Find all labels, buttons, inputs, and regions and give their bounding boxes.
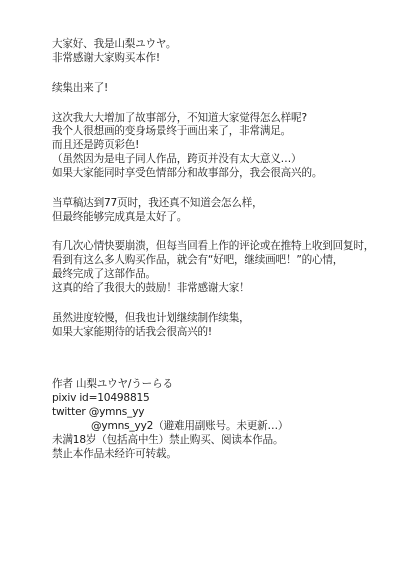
age-notice: 未满18岁（包括高中生）禁止购买、阅读本作品。 — [52, 434, 283, 447]
twitter-alt-handle: @ymns_yy2（避难用副账号。未更新…） — [91, 420, 288, 433]
greeting-line-2: 非常感谢大家购买本作! — [52, 52, 160, 65]
twitter-handle: twitter @ymns_yy — [52, 406, 144, 419]
motivation-line-2: 看到有这么多人购买作品，就会有“好吧，继续画吧！”的心情， — [52, 254, 343, 267]
afterword-page: 大家好、我是山梨ユウヤ。 非常感谢大家购买本作! 续集出来了! 这次我大大增加了… — [0, 0, 400, 565]
author-credit: 作者 山梨ユウヤ/うーらる — [52, 378, 173, 391]
draft-line-1: 当草稿达到77页时，我还真不知道会怎么样， — [52, 197, 263, 210]
story-line-3: 而且还是跨页彩色! — [52, 139, 139, 152]
story-line-4: （虽然因为是电子同人作品，跨页并没有太大意义…） — [52, 153, 301, 166]
pixiv-id: pixiv id=10498815 — [52, 392, 150, 405]
future-line-1: 虽然进度较慢，但我也计划继续制作续集， — [52, 312, 249, 325]
future-line-2: 如果大家能期待的话我会很高兴的! — [52, 326, 212, 339]
sequel-line: 续集出来了! — [52, 82, 108, 95]
draft-line-2: 但最终能够完成真是太好了。 — [52, 211, 187, 224]
story-line-2: 我个人很想画的变身场景终于画出来了，非常满足。 — [52, 125, 291, 138]
reprint-notice: 禁止本作品未经许可转载。 — [52, 448, 177, 461]
motivation-line-3: 最终完成了这部作品。 — [52, 268, 156, 281]
story-line-5: 如果大家能同时享受色情部分和故事部分，我会很高兴的。 — [52, 167, 322, 180]
story-line-1: 这次我大大增加了故事部分，不知道大家觉得怎么样呢? — [52, 112, 307, 125]
motivation-line-1: 有几次心情快要崩溃，但每当回看上作的评论或在推特上收到回复时， — [52, 240, 374, 253]
greeting-line-1: 大家好、我是山梨ユウヤ。 — [52, 38, 176, 51]
motivation-line-4: 这真的给了我很大的鼓励！非常感谢大家！ — [52, 282, 249, 295]
